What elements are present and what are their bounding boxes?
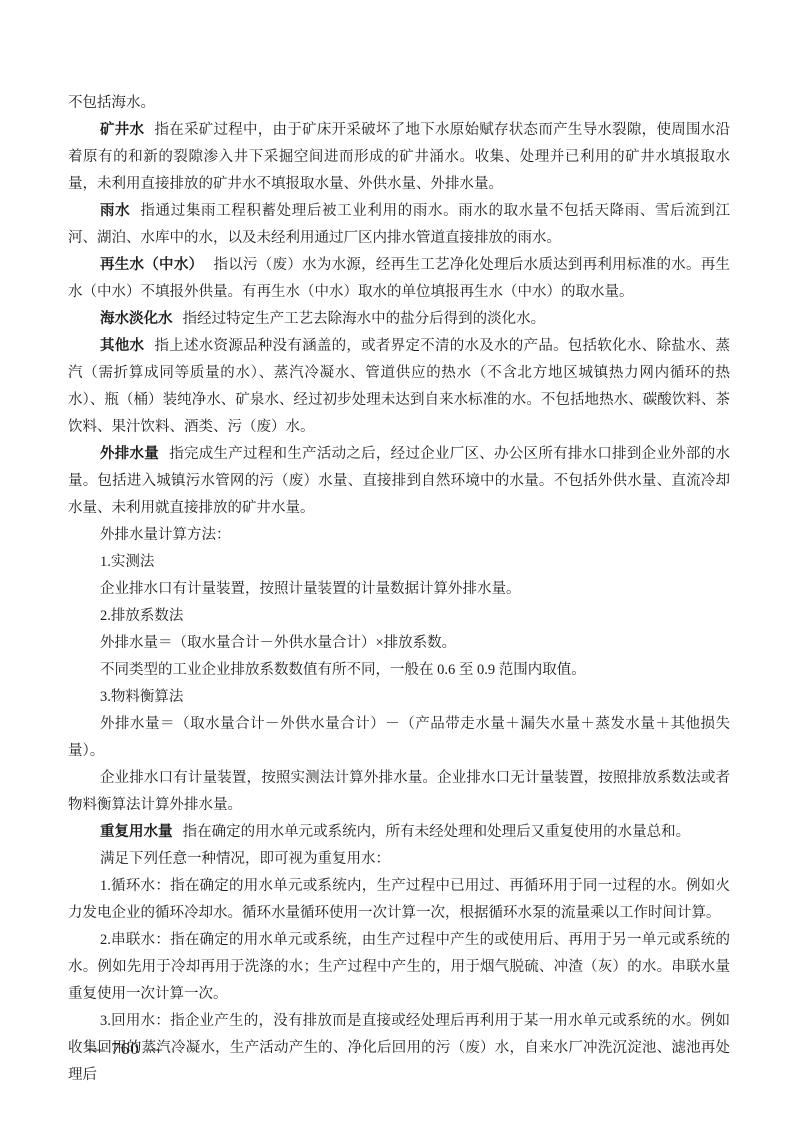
- paragraph-external-drainage: 外排水量指完成生产过程和生产活动之后，经过企业厂区、办公区所有排水口排到企业外部…: [68, 441, 730, 522]
- paragraph-other-water: 其他水指上述水资源品种没有涵盖的，或者界定不清的水及水的产品。包括软化水、除盐水…: [68, 333, 730, 441]
- formula-text: 外排水量＝（取水量合计－外供水量合计）－（产品带走水量＋漏失水量＋蒸发水量＋其他…: [68, 716, 730, 759]
- paragraph-metering-note: 企业排水口有计量装置，按照实测法计算外排水量。企业排水口无计量装置，按照排放系数…: [68, 765, 730, 819]
- paragraph-text: 指在确定的用水单元或系统内，所有未经处理和处理后又重复使用的水量总和。: [183, 824, 691, 840]
- paragraph-reclaimed-water: 再生水（中水）指以污（废）水为水源，经再生工艺净化处理后水质达到再利用标准的水。…: [68, 252, 730, 306]
- paragraph-rain-water: 雨水指通过集雨工程积蓄处理后被工业利用的雨水。雨水的取水量不包括天降雨、雪后流到…: [68, 198, 730, 252]
- formula-text: 外排水量＝（取水量合计－外供水量合计）×排放系数。: [100, 635, 456, 651]
- paragraph-reuse-water: 重复用水量指在确定的用水单元或系统内，所有未经处理和处理后又重复使用的水量总和。: [68, 819, 730, 846]
- paragraph-cascading-water: 2.串联水：指在确定的用水单元或系统，由生产过程中产生的或使用后、再用于另一单元…: [68, 927, 730, 1008]
- term-external-drainage: 外排水量: [100, 446, 159, 462]
- paragraph-text: 3.回用水：指企业产生的，没有排放而是直接或经处理后再利用于某一用水单元或系统的…: [68, 1013, 730, 1083]
- paragraph-text: 1.实测法: [100, 554, 154, 570]
- paragraph-text: 1.循环水：指在确定的用水单元或系统内，生产过程中已用过、再循环用于同一过程的水…: [68, 878, 730, 921]
- paragraph-method-1-title: 1.实测法: [68, 549, 730, 576]
- paragraph-method-2-title: 2.排放系数法: [68, 603, 730, 630]
- paragraph-text: 企业排水口有计量装置，按照计量装置的计量数据计算外排水量。: [100, 581, 521, 597]
- paragraph-continuation-seawater: 不包括海水。: [68, 90, 730, 117]
- paragraph-desalinated-seawater: 海水淡化水指经过特定生产工艺去除海水中的盐分后得到的淡化水。: [68, 306, 730, 333]
- term-reclaimed-water: 再生水（中水）: [100, 257, 203, 273]
- paragraph-text: 指完成生产过程和生产活动之后，经过企业厂区、办公区所有排水口排到企业外部的水量。…: [68, 446, 730, 516]
- term-rain-water: 雨水: [100, 203, 130, 219]
- paragraph-coefficient-range: 不同类型的工业企业排放系数数值有所不同，一般在 0.6 至 0.9 范围内取值。: [68, 657, 730, 684]
- term-desalinated-seawater: 海水淡化水: [100, 311, 173, 327]
- paragraph-method-1-desc: 企业排水口有计量装置，按照计量装置的计量数据计算外排水量。: [68, 576, 730, 603]
- paragraph-calc-methods-heading: 外排水量计算方法：: [68, 522, 730, 549]
- paragraph-reuse-conditions-intro: 满足下列任意一种情况，即可视为重复用水：: [68, 846, 730, 873]
- paragraph-method-3-title: 3.物料衡算法: [68, 684, 730, 711]
- paragraph-circulating-water: 1.循环水：指在确定的用水单元或系统内，生产过程中已用过、再循环用于同一过程的水…: [68, 873, 730, 927]
- paragraph-text: 企业排水口有计量装置，按照实测法计算外排水量。企业排水口无计量装置，按照排放系数…: [68, 770, 730, 813]
- page-body: 不包括海水。 矿井水指在采矿过程中，由于矿床开采破坏了地下水原始赋存状态而产生导…: [68, 90, 730, 1089]
- paragraph-text: 2.串联水：指在确定的用水单元或系统，由生产过程中产生的或使用后、再用于另一单元…: [68, 932, 730, 1002]
- term-mine-water: 矿井水: [100, 122, 144, 138]
- paragraph-text: 指通过集雨工程积蓄处理后被工业利用的雨水。雨水的取水量不包括天降雨、雪后流到江河…: [68, 203, 730, 246]
- term-other-water: 其他水: [100, 338, 144, 354]
- document-page: 不包括海水。 矿井水指在采矿过程中，由于矿床开采破坏了地下水原始赋存状态而产生导…: [0, 0, 793, 1122]
- paragraph-text: 指上述水资源品种没有涵盖的，或者界定不清的水及水的产品。包括软化水、除盐水、蒸汽…: [68, 338, 730, 435]
- page-number: — 760 —: [88, 1037, 163, 1061]
- paragraph-text: 指在采矿过程中，由于矿床开采破坏了地下水原始赋存状态而产生导水裂隙，使周围水沿着…: [68, 122, 730, 192]
- paragraph-text: 不同类型的工业企业排放系数数值有所不同，一般在 0.6 至 0.9 范围内取值。: [100, 662, 586, 678]
- paragraph-text: 外排水量计算方法：: [100, 527, 231, 543]
- paragraph-recycled-water: 3.回用水：指企业产生的，没有排放而是直接或经处理后再利用于某一用水单元或系统的…: [68, 1008, 730, 1089]
- paragraph-text: 指经过特定生产工艺去除海水中的盐分后得到的淡化水。: [183, 311, 546, 327]
- paragraph-mine-water: 矿井水指在采矿过程中，由于矿床开采破坏了地下水原始赋存状态而产生导水裂隙，使周围…: [68, 117, 730, 198]
- paragraph-formula-material-balance: 外排水量＝（取水量合计－外供水量合计）－（产品带走水量＋漏失水量＋蒸发水量＋其他…: [68, 711, 730, 765]
- paragraph-text: 3.物料衡算法: [100, 689, 183, 705]
- paragraph-text: 2.排放系数法: [100, 608, 183, 624]
- paragraph-formula-discharge-coefficient: 外排水量＝（取水量合计－外供水量合计）×排放系数。: [68, 630, 730, 657]
- paragraph-text: 满足下列任意一种情况，即可视为重复用水：: [100, 851, 390, 867]
- paragraph-text: 不包括海水。: [68, 95, 155, 111]
- term-reuse-water: 重复用水量: [100, 824, 173, 840]
